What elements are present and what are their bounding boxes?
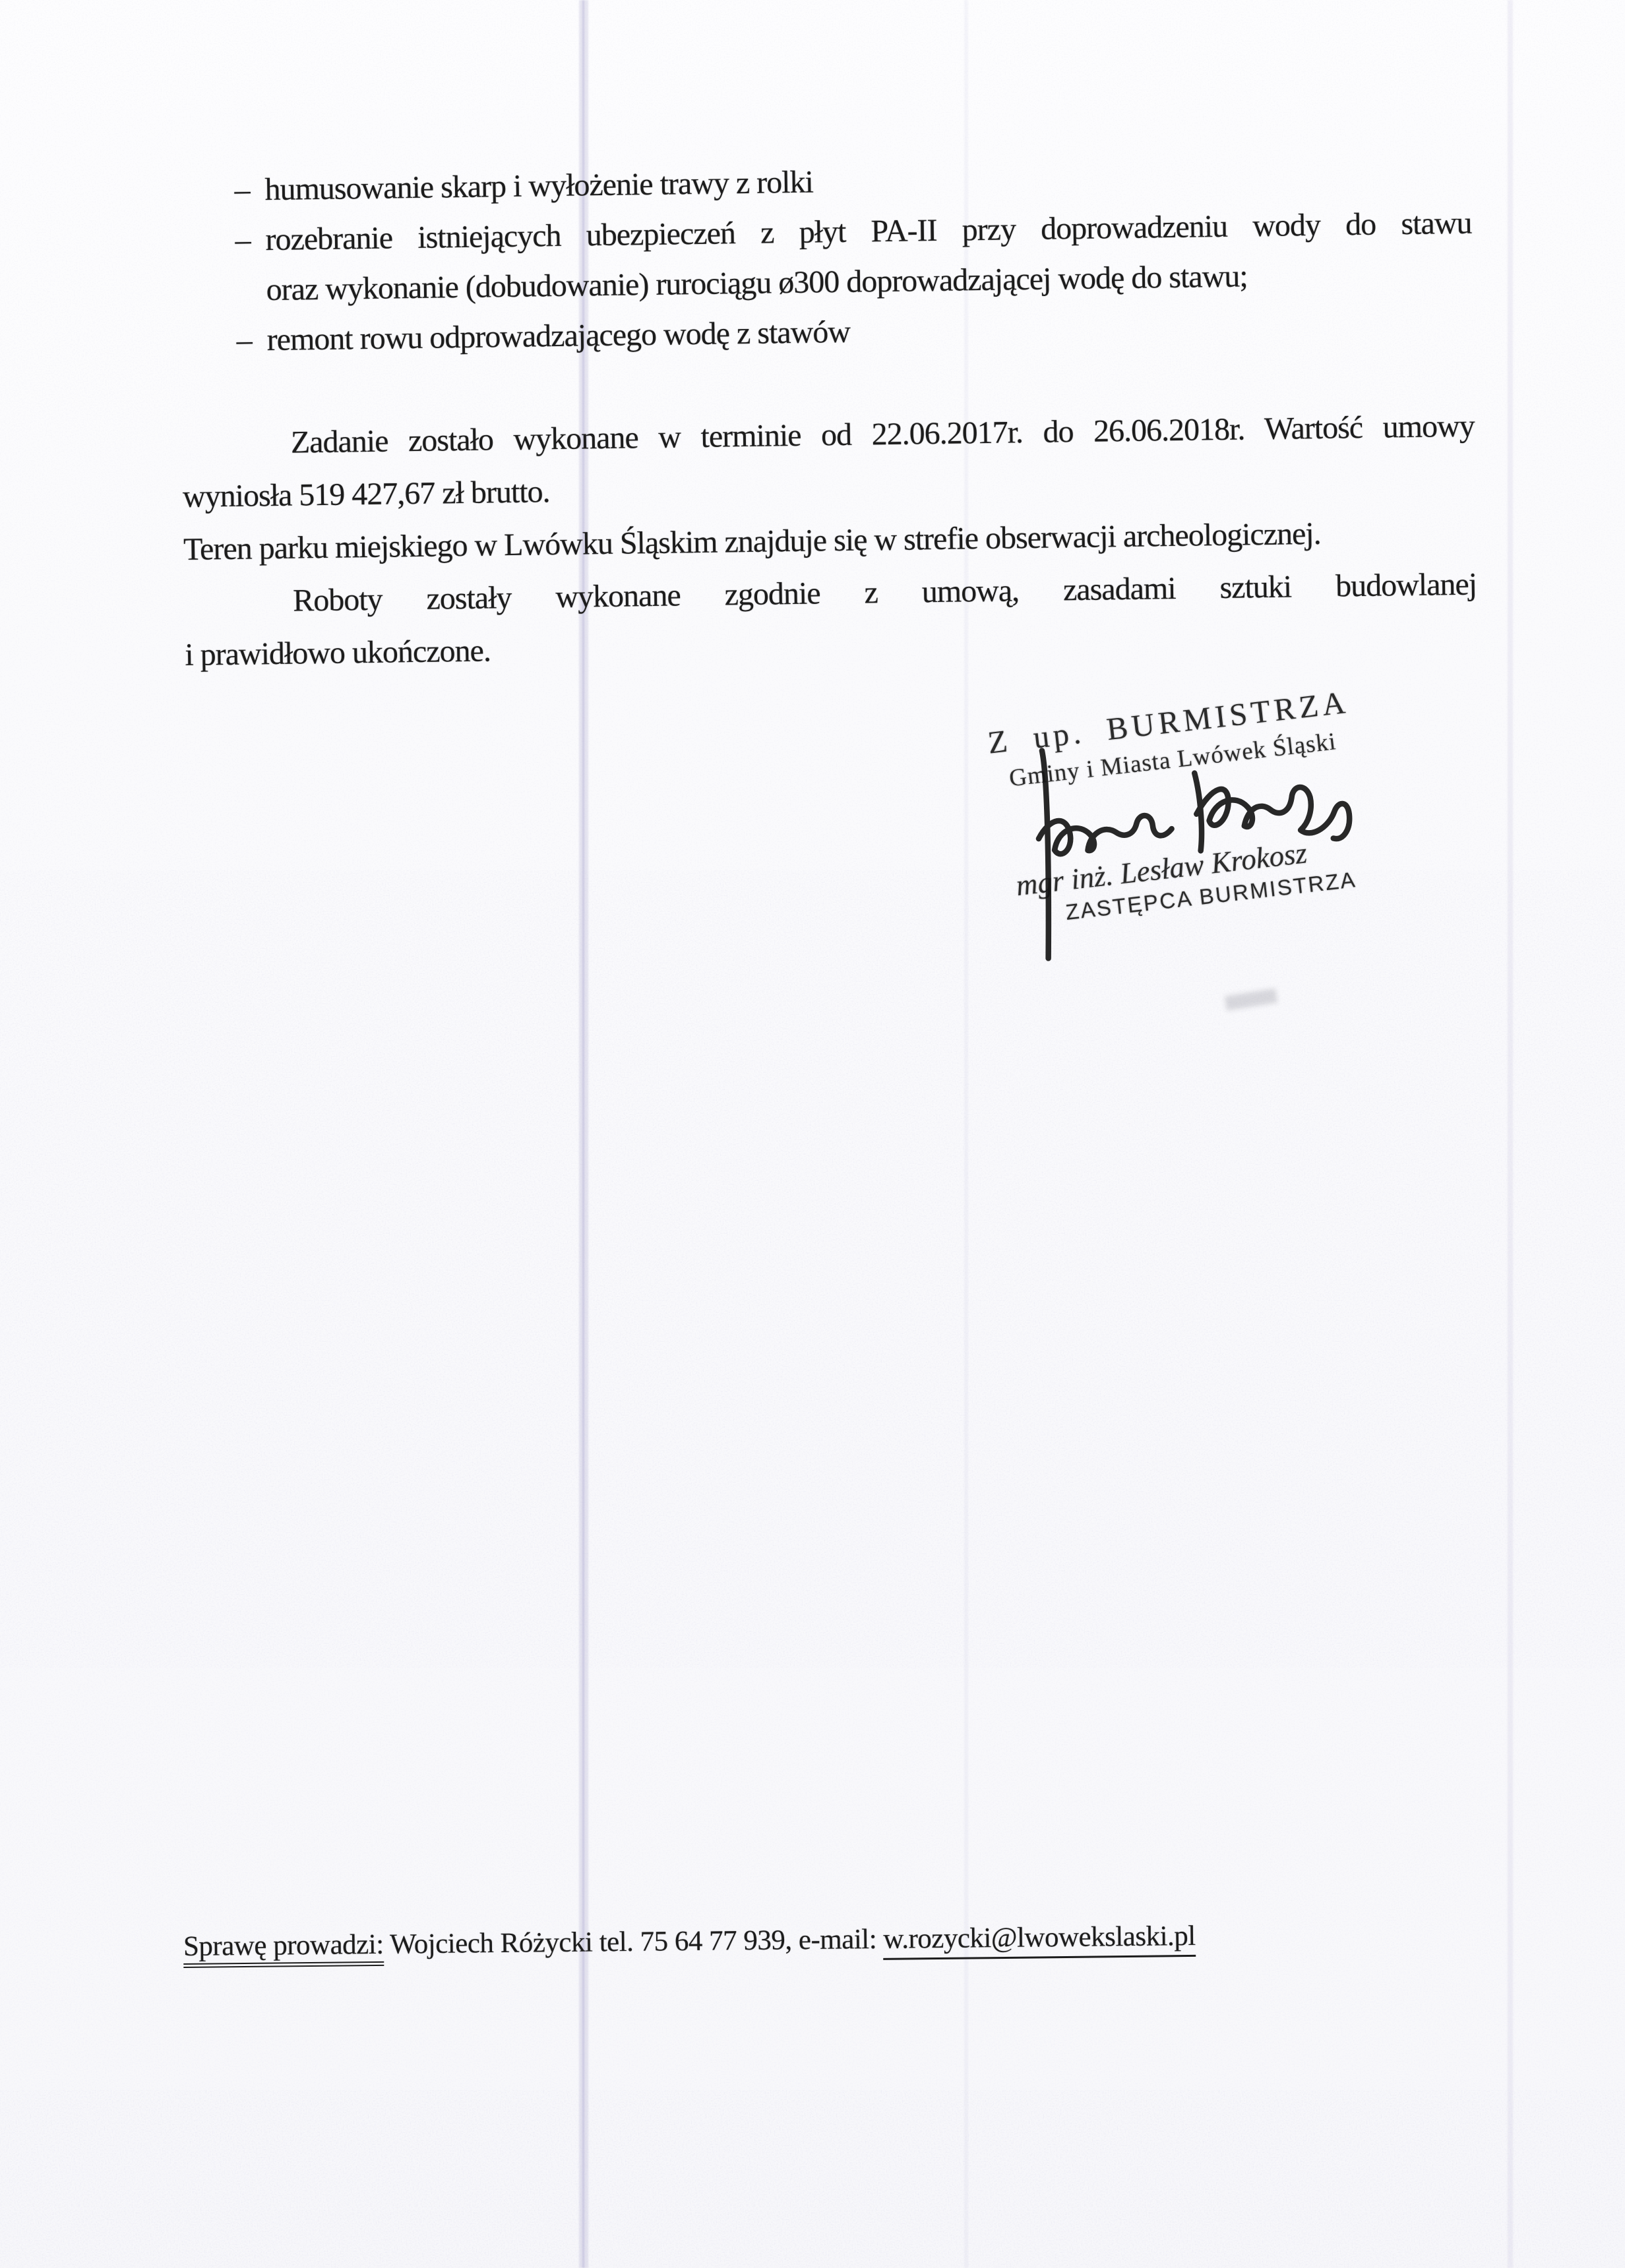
- ink-smudge: [1225, 988, 1277, 1011]
- bullet-dash: –: [234, 165, 265, 216]
- paragraph-block: Zadanie zostało wykonane w terminie od 2…: [181, 400, 1477, 682]
- document-body-text: – humusowanie skarp i wyłożenie trawy z …: [178, 148, 1478, 682]
- handwritten-signature: [1001, 703, 1384, 992]
- footer-email: w.rozycki@lwowekslaski.pl: [883, 1921, 1196, 1960]
- official-stamp: Z up. BURMISTRZA Gminy i Miasta Lwówek Ś…: [986, 682, 1390, 932]
- faint-crease-line-right: [1508, 0, 1513, 2268]
- bullet-dash-empty: [235, 265, 266, 316]
- footer-label: Sprawę prowadzi:: [183, 1929, 384, 1968]
- footer-contact-text: Wojciech Różycki tel. 75 64 77 939, e-ma…: [383, 1924, 883, 1960]
- contact-footer: Sprawę prowadzi: Wojciech Różycki tel. 7…: [183, 1916, 1196, 1967]
- bullet-dash: –: [235, 215, 266, 266]
- scanned-document-page: – humusowanie skarp i wyłożenie trawy z …: [0, 0, 1625, 2268]
- bullet-dash: –: [236, 315, 267, 366]
